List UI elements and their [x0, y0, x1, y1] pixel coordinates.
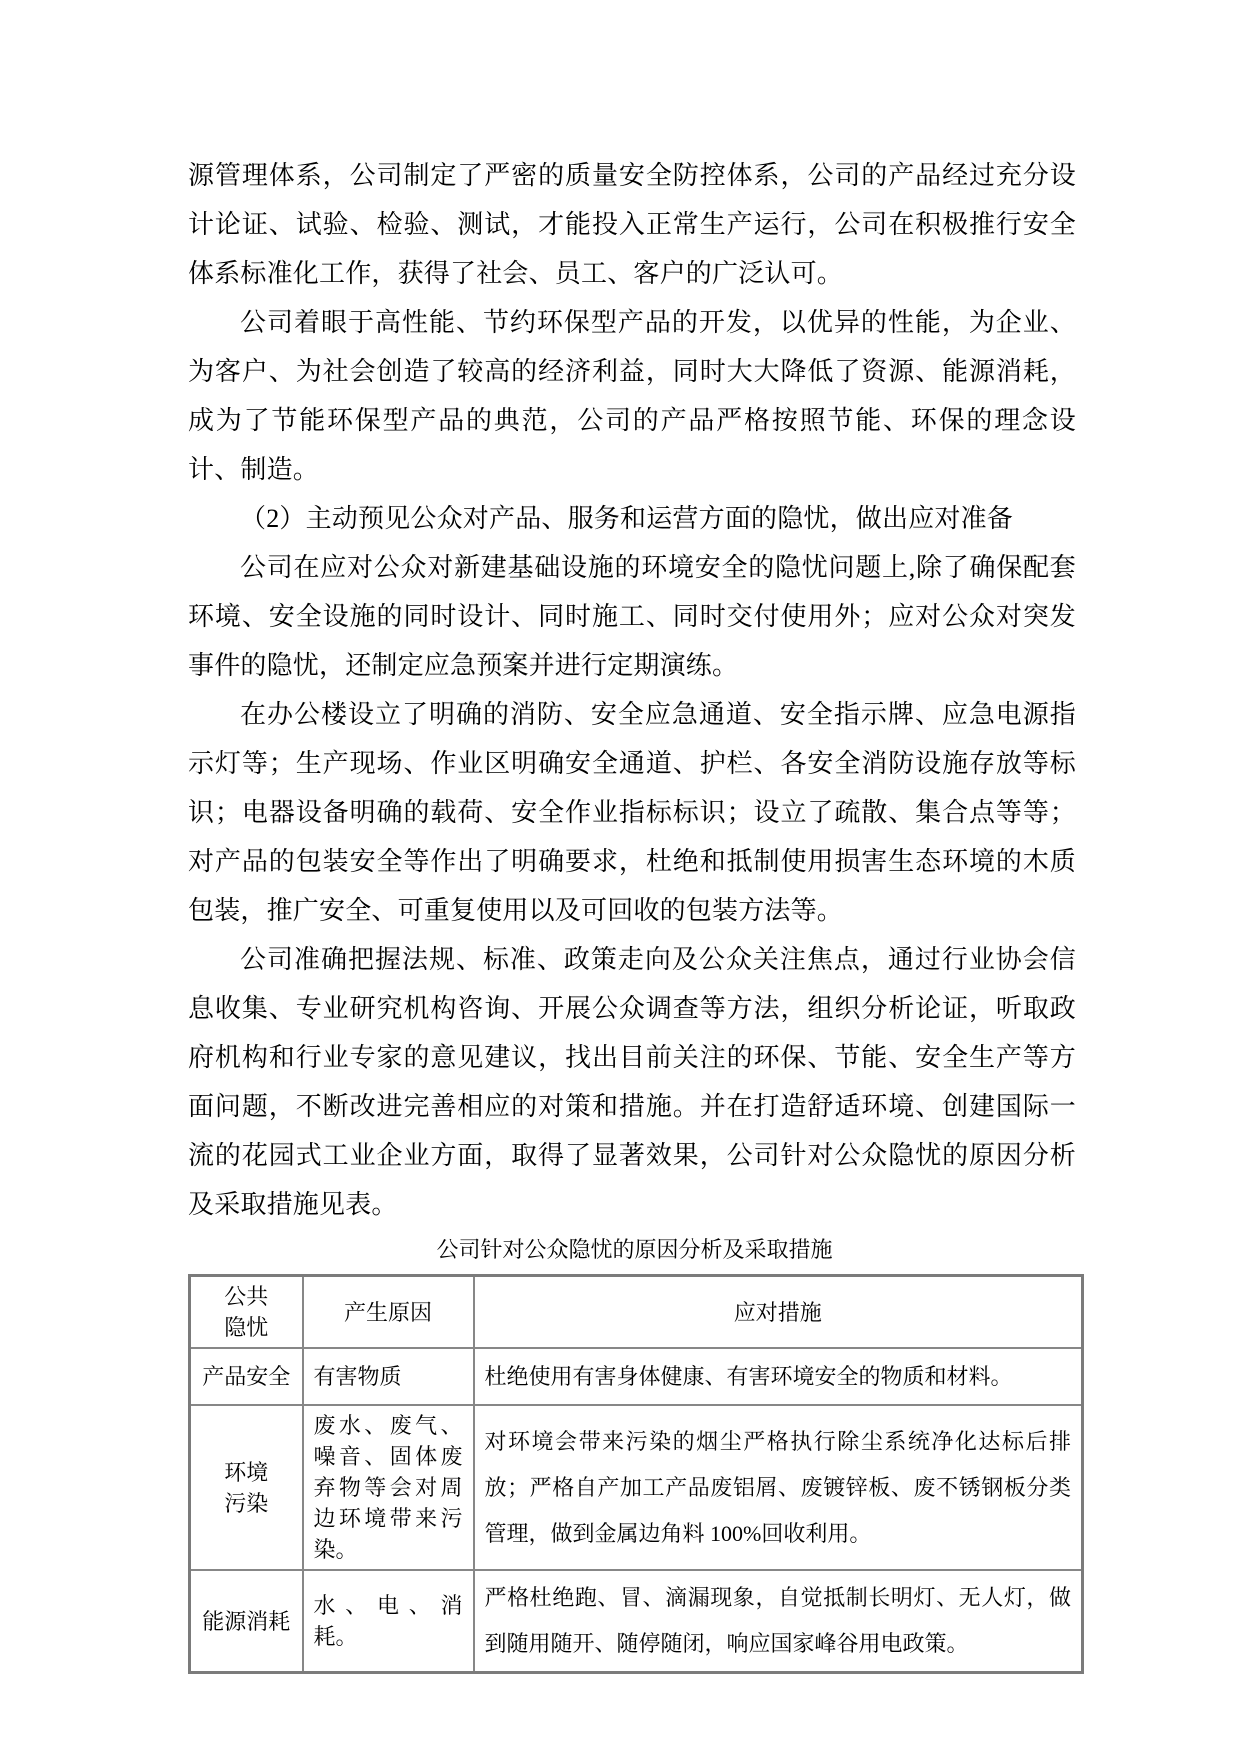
cell-cause-3: 水、电、消耗。: [303, 1570, 474, 1673]
header-cell-3: 应对措施: [474, 1276, 1083, 1349]
body-paragraph-6: 公司准确把握法规、标准、政策走向及公众关注焦点，通过行业协会信息收集、专业研究机…: [188, 935, 1076, 1229]
document-page: 源管理体系，公司制定了严密的质量安全防控体系，公司的产品经过充分设计论证、试验、…: [0, 0, 1241, 1755]
body-paragraph-2: 公司着眼于高性能、节约环保型产品的开发，以优异的性能，为企业、为客户、为社会创造…: [188, 298, 1076, 494]
body-paragraph-5: 在办公楼设立了明确的消防、安全应急通道、安全指示牌、应急电源指示灯等；生产现场、…: [188, 690, 1076, 935]
table-header-row: 公共 隐忧产生原因应对措施: [190, 1276, 1083, 1349]
header-cell-1: 公共 隐忧: [190, 1276, 303, 1349]
header-cell-2: 产生原因: [303, 1276, 474, 1349]
cell-measure-3: 严格杜绝跑、冒、滴漏现象，自觉抵制长明灯、无人灯，做到随用随开、随停随闭，响应国…: [474, 1570, 1083, 1673]
analysis-table: 公共 隐忧产生原因应对措施 产品安全有害物质杜绝使用有害身体健康、有害环境安全的…: [188, 1274, 1084, 1674]
body-paragraph-1: 源管理体系，公司制定了严密的质量安全防控体系，公司的产品经过充分设计论证、试验、…: [188, 151, 1076, 298]
analysis-table-header: 公共 隐忧产生原因应对措施: [190, 1276, 1083, 1349]
cell-cause-2: 废水、废气、噪音、固体废弃物等会对周边环境带来污染。: [303, 1405, 474, 1570]
body-paragraphs: 源管理体系，公司制定了严密的质量安全防控体系，公司的产品经过充分设计论证、试验、…: [188, 151, 1081, 1229]
cell-concern-3: 能源消耗: [190, 1570, 303, 1673]
table-row-2: 环境 污染废水、废气、噪音、固体废弃物等会对周边环境带来污染。对环境会带来污染的…: [190, 1405, 1083, 1570]
body-paragraph-4: 公司在应对公众对新建基础设施的环境安全的隐忧问题上,除了确保配套环境、安全设施的…: [188, 543, 1076, 690]
cell-cause-1: 有害物质: [303, 1348, 474, 1405]
document-content: 源管理体系，公司制定了严密的质量安全防控体系，公司的产品经过充分设计论证、试验、…: [188, 151, 1081, 1674]
table-caption: 公司针对公众隐忧的原因分析及采取措施: [188, 1235, 1081, 1265]
cell-measure-1: 杜绝使用有害身体健康、有害环境安全的物质和材料。: [474, 1348, 1083, 1405]
analysis-table-body: 产品安全有害物质杜绝使用有害身体健康、有害环境安全的物质和材料。环境 污染废水、…: [190, 1348, 1083, 1673]
cell-concern-2: 环境 污染: [190, 1405, 303, 1570]
table-row-3: 能源消耗水、电、消耗。严格杜绝跑、冒、滴漏现象，自觉抵制长明灯、无人灯，做到随用…: [190, 1570, 1083, 1673]
cell-concern-1: 产品安全: [190, 1348, 303, 1405]
table-row-1: 产品安全有害物质杜绝使用有害身体健康、有害环境安全的物质和材料。: [190, 1348, 1083, 1405]
cell-measure-2: 对环境会带来污染的烟尘严格执行除尘系统净化达标后排放；严格自产加工产品废铝屑、废…: [474, 1405, 1083, 1570]
body-paragraph-3: （2）主动预见公众对产品、服务和运营方面的隐忧，做出应对准备: [188, 494, 1076, 543]
